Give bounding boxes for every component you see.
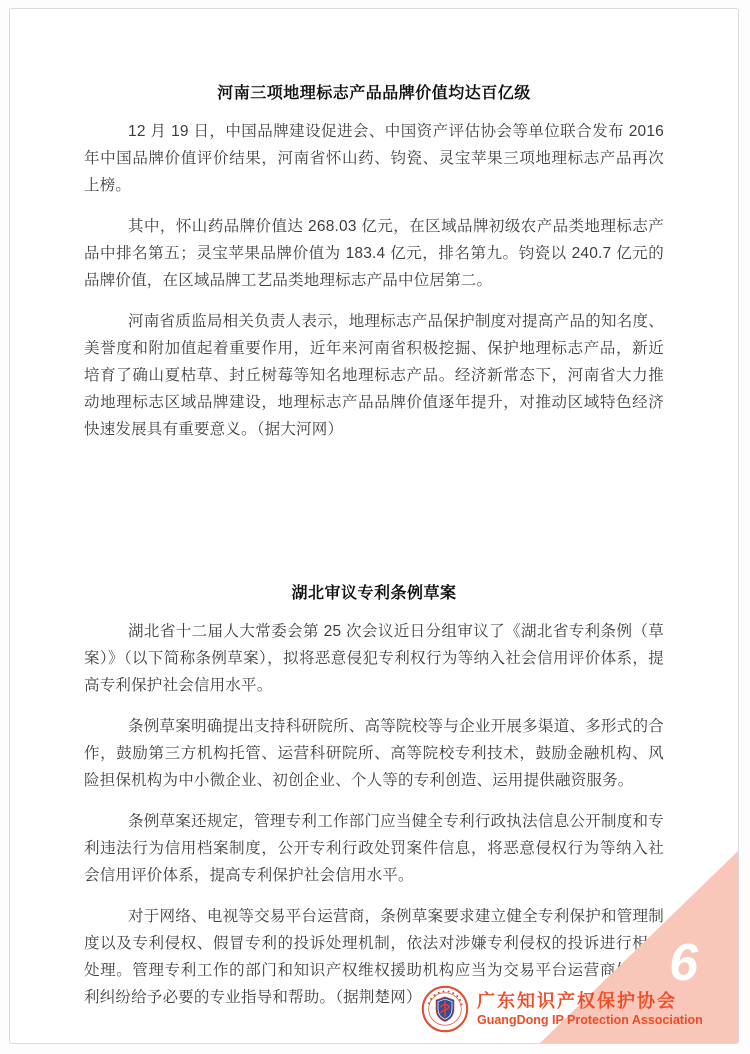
article-paragraph: 条例草案明确提出支持科研院所、高等院校等与企业开展多渠道、多形式的合作，鼓励第三…: [84, 713, 664, 794]
document-page: 河南三项地理标志产品品牌价值均达百亿级 12 月 19 日，中国品牌建设促进会、…: [9, 8, 739, 1044]
article-hubei-patent-draft: 湖北审议专利条例草案 湖北省十二届人大常委会第 25 次会议近日分组审议了《湖北…: [84, 583, 664, 1011]
footer: 广东知识产权保护协会 GuangDong IP Protection Assoc…: [421, 985, 703, 1033]
article-paragraph: 其中，怀山药品牌价值达 268.03 亿元，在区域品牌初级农产品类地理标志产品中…: [84, 213, 664, 294]
article-paragraph: 湖北省十二届人大常委会第 25 次会议近日分组审议了《湖北省专利条例（草案）》（…: [84, 618, 664, 699]
association-badge-icon: [421, 985, 469, 1033]
association-name-en: GuangDong IP Protection Association: [477, 1012, 703, 1028]
page-number: 6: [669, 937, 698, 989]
article-henan-brand-value: 河南三项地理标志产品品牌价值均达百亿级 12 月 19 日，中国品牌建设促进会、…: [84, 83, 664, 443]
association-name: 广东知识产权保护协会 GuangDong IP Protection Assoc…: [477, 990, 703, 1028]
association-name-cn: 广东知识产权保护协会: [477, 990, 703, 1012]
article-title: 湖北审议专利条例草案: [84, 583, 664, 605]
page-content: 河南三项地理标志产品品牌价值均达百亿级 12 月 19 日，中国品牌建设促进会、…: [10, 9, 738, 1011]
article-paragraph: 河南省质监局相关负责人表示，地理标志产品保护制度对提高产品的知名度、美誉度和附加…: [84, 308, 664, 443]
article-paragraph: 12 月 19 日，中国品牌建设促进会、中国资产评估协会等单位联合发布 2016…: [84, 118, 664, 199]
article-title: 河南三项地理标志产品品牌价值均达百亿级: [84, 83, 664, 105]
article-paragraph: 条例草案还规定，管理专利工作部门应当健全专利行政执法信息公开制度和专利违法行为信…: [84, 808, 664, 889]
